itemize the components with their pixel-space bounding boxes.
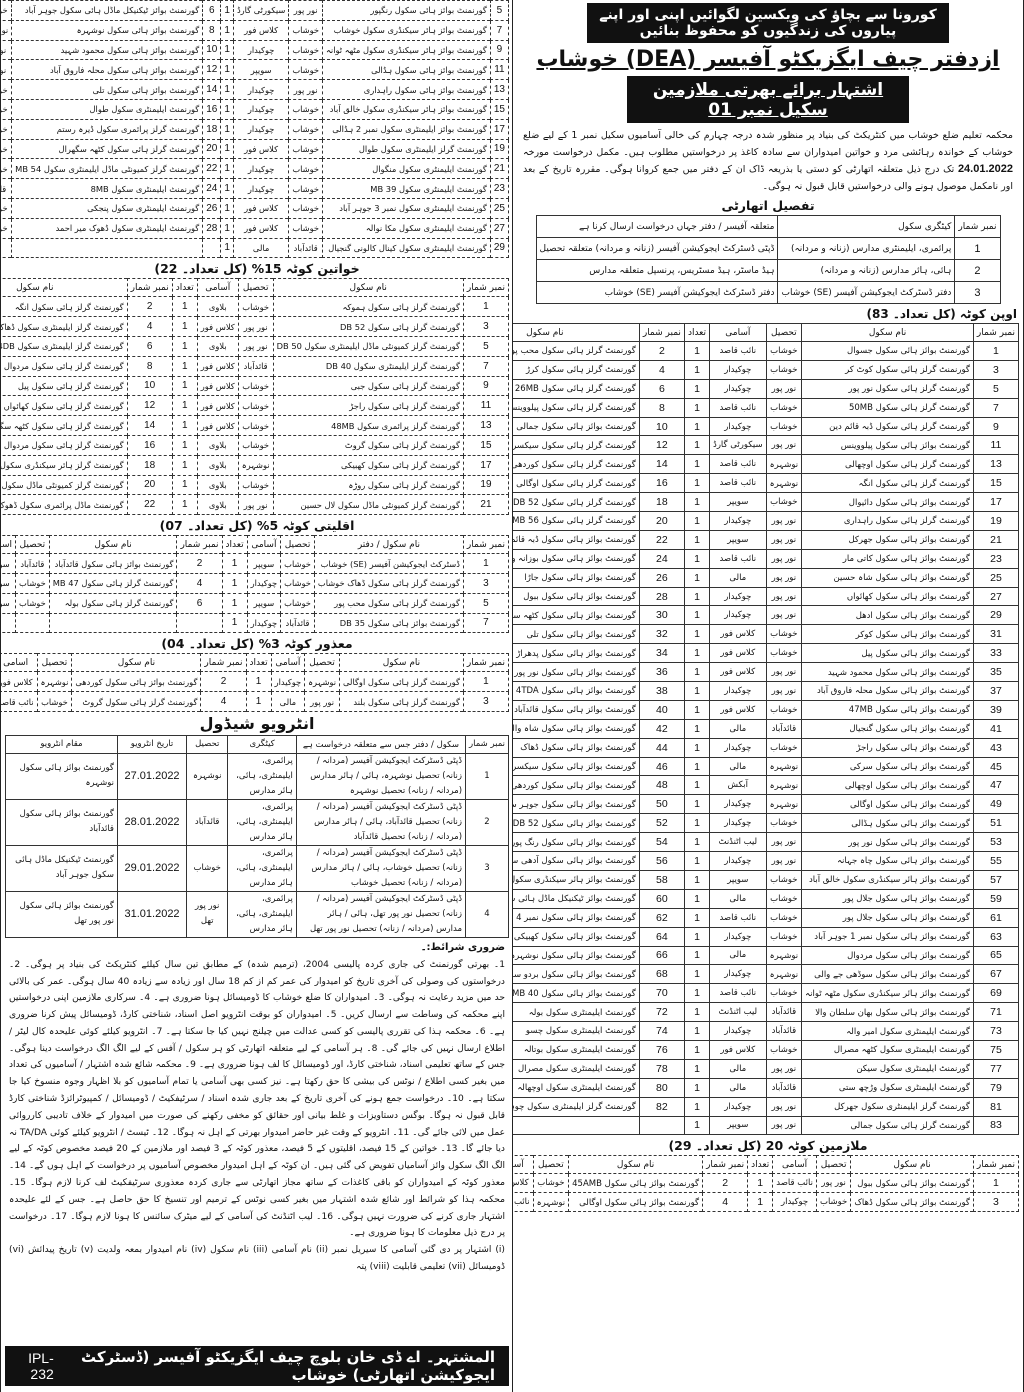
school-cell: گورنمنٹ بوائز ہائی سکول پیل bbox=[802, 644, 974, 663]
serial-cell: 17 bbox=[973, 493, 1018, 512]
tehsil-cell: خوشاب bbox=[766, 984, 802, 1003]
school-cell: گورنمنٹ بوائز ہائی سکول آدھی سرگل bbox=[512, 852, 639, 871]
tehsil-cell: خوشاب bbox=[289, 179, 323, 199]
count-cell: 1 bbox=[246, 672, 271, 692]
tehsil-cell: نوشہرہ bbox=[305, 672, 340, 692]
school-cell: گورنمنٹ بوائز ایلیمنٹری سکول نمبر 2 ہڈال… bbox=[323, 119, 491, 139]
table-row: 15گورنمنٹ گرلز ہائی سکول گروٹخوشاببلاوی1… bbox=[0, 435, 509, 455]
post-cell: کلاس فور bbox=[233, 218, 288, 238]
serial-cell: 20 bbox=[203, 139, 221, 159]
school-cell: گورنمنٹ گرلز ہائی سکول گروٹ bbox=[273, 435, 463, 455]
tehsil-cell: خوشاب bbox=[281, 573, 315, 593]
table-row: 23گورنمنٹ ایلیمنٹری سکول 39 MBخوشابچوکید… bbox=[0, 179, 509, 199]
school-cell: گورنمنٹ گرلز پرائمری سکول 48MB bbox=[273, 416, 463, 436]
serial-cell: 67 bbox=[973, 965, 1018, 984]
count-cell: 1 bbox=[684, 1116, 709, 1135]
serial-cell: 4 bbox=[201, 692, 246, 712]
school-cell: گورنمنٹ بوائز ہائی سکول ڈبہ قائم دین bbox=[512, 530, 639, 549]
table-row: 21گورنمنٹ گرلز کمیونٹی ماڈل سکول لال حسی… bbox=[0, 495, 509, 515]
serial-cell: 53 bbox=[973, 833, 1018, 852]
serial-cell: 59 bbox=[973, 889, 1018, 908]
tehsil-cell: خوشاب bbox=[766, 814, 802, 833]
count-cell: 1 bbox=[684, 1059, 709, 1078]
tehsil-cell: خوشاب bbox=[289, 20, 323, 40]
serial-cell bbox=[177, 613, 222, 633]
serial-cell: 14 bbox=[203, 80, 221, 100]
tehsil-cell: نور پور bbox=[766, 436, 802, 455]
count-cell: 1 bbox=[221, 198, 234, 218]
count-cell: 1 bbox=[221, 20, 234, 40]
school-cell: گورنمنٹ گرلز ہائی سکول اوگالی bbox=[512, 474, 639, 493]
tehsil-cell: نور پور bbox=[766, 606, 802, 625]
serial-cell: 56 bbox=[639, 852, 684, 871]
post-cell: کلاس فور bbox=[197, 416, 238, 436]
serial-cell: 27 bbox=[973, 587, 1018, 606]
school-cell: گورنمنٹ ایلیمنٹری سکول وڑچھ ستی bbox=[802, 1078, 974, 1097]
column-header: تعداد bbox=[222, 536, 247, 554]
column-header: نام سکول / دفتر bbox=[314, 536, 463, 554]
column-header: آسامی bbox=[197, 279, 238, 297]
table-row: 33گورنمنٹ بوائز ہائی سکول پیلخوشابکلاس ف… bbox=[512, 644, 1019, 663]
school-cell: گورنمنٹ گرلز ہائی سکول جبی bbox=[273, 376, 463, 396]
tehsil-cell: نوشہرہ bbox=[766, 946, 802, 965]
terms-section: ضروری شرائط:۔ 1۔ بھرتی گورنمنٹ کی جاری ک… bbox=[5, 938, 509, 1276]
table-row: 29گورنمنٹ ایلیمنٹری سکول کینال کالونی گن… bbox=[0, 238, 509, 258]
table-row: 25گورنمنٹ بوائز ہائی سکول شاہ حسیننور پو… bbox=[512, 568, 1019, 587]
table-row: 13گورنمنٹ گرلز ہائی سکول اوچھالینوشہرہنا… bbox=[512, 455, 1019, 474]
post-cell: کلاس فور bbox=[197, 376, 238, 396]
table-row: 1ڈپٹی ڈسٹرکٹ ایجوکیشن آفیسر (مردانہ / زن… bbox=[6, 753, 509, 799]
serial-cell: 20 bbox=[639, 512, 684, 531]
serial-cell: 3 bbox=[463, 573, 508, 593]
tehsil-cell: نور پور bbox=[0, 60, 12, 80]
school-cell: گورنمنٹ بوائز ہائی سکول ادھل bbox=[802, 606, 974, 625]
school-cell: گورنمنٹ بوائز ہائی سکول ہڈالی bbox=[802, 814, 974, 833]
table-row: 27گورنمنٹ بوائز ہائی سکول کھائواںنور پور… bbox=[512, 587, 1019, 606]
serial-cell: 58 bbox=[639, 870, 684, 889]
serial-cell: 21 bbox=[973, 530, 1018, 549]
post-cell bbox=[0, 613, 16, 633]
school-cell: گورنمنٹ بوائز ہائی سکول اوگالی bbox=[569, 1193, 703, 1212]
post-cell: بلاوی bbox=[197, 475, 238, 495]
school-cell: گورنمنٹ ایلیمنٹری سکول سیکن bbox=[802, 1059, 974, 1078]
school-cell: گورنمنٹ بوائز ہائی سکول رنگپور bbox=[323, 1, 491, 21]
column-header: تحصیل bbox=[305, 654, 340, 672]
school-cell: گورنمنٹ بوائز ہائی سکول نور پور bbox=[512, 663, 639, 682]
table-row: 41گورنمنٹ بوائز ہائی سکول گنجیالقائدآباد… bbox=[512, 719, 1019, 738]
school-cell: گورنمنٹ بوائز ہائی سکول جوہر سپوریل جوہر… bbox=[512, 795, 639, 814]
school-cell: گورنمنٹ ماڈل پرائمری سکول ڈھوک گنا bbox=[0, 495, 127, 515]
tehsil-cell: خوشاب bbox=[16, 593, 50, 613]
count-cell: 1 bbox=[221, 80, 234, 100]
table-row: 13گورنمنٹ گرلز پرائمری سکول 48MBخوشابکلا… bbox=[0, 416, 509, 436]
column-header: تحصیل bbox=[766, 324, 802, 342]
school-cell: گورنمنٹ گرلز ہائی سکول 50MB bbox=[802, 398, 974, 417]
serial-cell: 63 bbox=[973, 927, 1018, 946]
column-header: نام سکول bbox=[0, 279, 127, 297]
tehsil-cell: خوشاب bbox=[289, 60, 323, 80]
tehsil-cell: نور پور bbox=[766, 568, 802, 587]
school-cell: گورنمنٹ ایلیمنٹری سکول اوچھالہ bbox=[512, 1078, 639, 1097]
table-row: 11گورنمنٹ گرلز ہائی سکول راجڑخوشابکلاس ف… bbox=[0, 396, 509, 416]
authority-table: نمبر شمار کیٹگری سکول متعلقہ آفیسر / دفت… bbox=[536, 215, 1001, 304]
serial-cell: 5 bbox=[463, 336, 508, 356]
tehsil-cell: خوشاب bbox=[281, 593, 315, 613]
tehsil-cell: نور پور bbox=[766, 549, 802, 568]
serial-cell: 54 bbox=[639, 833, 684, 852]
tehsil-cell: خوشاب bbox=[0, 99, 12, 119]
table-row: 75گورنمنٹ ایلیمنٹری سکول کٹھہ مصرالخوشاب… bbox=[512, 1040, 1019, 1059]
post-cell: کلاس فور bbox=[233, 198, 288, 218]
table-row: 4ڈپٹی ڈسٹرکٹ ایجوکیشن آفیسر (مردانہ / زن… bbox=[6, 891, 509, 937]
serial-cell: 37 bbox=[973, 682, 1018, 701]
interview-date-cell: 29.01.2022 bbox=[117, 845, 186, 891]
serial-cell: 16 bbox=[639, 474, 684, 493]
post-cell: نائب قاصد bbox=[710, 455, 767, 474]
school-cell: گورنمنٹ ایلیمنٹری سکول 8MB bbox=[12, 179, 203, 199]
column-header: نام سکول bbox=[802, 324, 974, 342]
school-cell: گورنمنٹ گرلز ہائی سکول جمالی bbox=[802, 1116, 974, 1135]
post-cell: کلاس فور bbox=[197, 317, 238, 337]
serial-cell: 10 bbox=[203, 40, 221, 60]
serial-cell: 9 bbox=[490, 40, 508, 60]
serial-cell: 28 bbox=[203, 218, 221, 238]
serial-cell bbox=[203, 238, 221, 258]
tehsil-cell: نور پور bbox=[766, 663, 802, 682]
post-cell: چوکیدار bbox=[233, 80, 288, 100]
column-header: نمبر شمار bbox=[201, 654, 246, 672]
count-cell: 1 bbox=[684, 436, 709, 455]
school-cell: گورنمنٹ گرلز ہائی سکول اوگالی bbox=[340, 672, 464, 692]
post-cell: سیکورٹی گارڈ bbox=[710, 436, 767, 455]
school-cell: گورنمنٹ گرلز پرائمری سکول ڈیرہ رستم bbox=[12, 119, 203, 139]
post-cell: سویپر bbox=[710, 870, 767, 889]
column-header: نام سکول bbox=[851, 1156, 974, 1174]
interview-date-cell: 27.01.2022 bbox=[117, 753, 186, 799]
advertiser-name: المشتہر۔ اے ڈی خان بلوچ چیف ایگزیکٹو آفی… bbox=[54, 1348, 495, 1384]
table-row: 27گورنمنٹ ایلیمنٹری سکول مکا نوالہخوشابک… bbox=[0, 218, 509, 238]
school-cell: گورنمنٹ گرلز ہائی سکول کرڑ bbox=[512, 360, 639, 379]
tehsil-cell: خوشاب bbox=[766, 889, 802, 908]
serial-cell: 36 bbox=[639, 663, 684, 682]
post-cell: مالی bbox=[271, 692, 305, 712]
interview-body: 1ڈپٹی ڈسٹرکٹ ایجوکیشن آفیسر (مردانہ / زن… bbox=[6, 753, 509, 937]
table-row: 51گورنمنٹ بوائز ہائی سکول ہڈالیخوشابچوکی… bbox=[512, 814, 1019, 833]
count-cell: 1 bbox=[172, 495, 197, 515]
count-cell: 1 bbox=[221, 159, 234, 179]
table-row: 9گورنمنٹ بوائز ہائر سیکنڈری سکول مٹھہ ٹو… bbox=[0, 40, 509, 60]
serial-cell: 14 bbox=[639, 455, 684, 474]
interview-n-cell: 4 bbox=[466, 891, 509, 937]
open-quota-body: 1گورنمنٹ بوائز ہائی سکول جسوالخوشابنائب … bbox=[512, 342, 1019, 1135]
serial-cell: 42 bbox=[639, 719, 684, 738]
tehsil-cell: خوشاب bbox=[238, 396, 273, 416]
tehsil-cell: نوشہرہ bbox=[238, 455, 273, 475]
serial-cell: 13 bbox=[973, 455, 1018, 474]
tehsil-cell: خوشاب bbox=[766, 1040, 802, 1059]
employees-quota-heading: ملازمین کوٹہ 20 (کل تعداد۔ 29) bbox=[517, 1135, 1019, 1155]
interview-tehsil-cell: نور پور تھل bbox=[187, 891, 228, 937]
school-cell: گورنمنٹ گرلز ہائی سکول محب پور bbox=[512, 342, 639, 361]
tehsil-cell: نوشہرہ bbox=[766, 757, 802, 776]
post-cell: نائب قاصد bbox=[512, 1193, 533, 1212]
serial-cell: 20 bbox=[127, 475, 172, 495]
open-quota-header: نمبر شمارنام سکولتحصیلآسامیتعدادنمبر شما… bbox=[512, 324, 1019, 342]
tehsil-cell: قائدآباد bbox=[289, 238, 323, 258]
school-cell: گورنمنٹ گرلز ایلیمنٹری سکول 34DB bbox=[0, 336, 127, 356]
open-quota-table: نمبر شمارنام سکولتحصیلآسامیتعدادنمبر شما… bbox=[512, 323, 1019, 1135]
school-cell: گورنمنٹ گرلز ہائی سکول 52 DB bbox=[512, 493, 639, 512]
school-cell: گورنمنٹ بوائز ہائی سکول راجڑ bbox=[802, 738, 974, 757]
table-row: 49گورنمنٹ بوائز ہائی سکول اوگالینوشہرہچو… bbox=[512, 795, 1019, 814]
school-cell: گورنمنٹ بوائز ہائی سکول کوکر bbox=[802, 625, 974, 644]
column-header: تعداد bbox=[684, 324, 709, 342]
post-cell: چوکیدار bbox=[247, 613, 281, 633]
school-cell: گورنمنٹ بوائز ہائی سکول محلہ فاروق آباد bbox=[802, 682, 974, 701]
tehsil-cell: نوشہرہ bbox=[766, 455, 802, 474]
table-row: 7گورنمنٹ گرلز ایلیمنٹری سکول 40 DBقائدآب… bbox=[0, 356, 509, 376]
interview-tehsil-cell: نوشہرہ bbox=[187, 753, 228, 799]
table-row: 2 ہائی، ہائر مدارس (زنانہ و مردانہ) ہیڈ … bbox=[536, 260, 1000, 282]
post-cell: مالی bbox=[710, 1078, 767, 1097]
serial-cell: 3 bbox=[973, 360, 1018, 379]
count-cell: 1 bbox=[684, 833, 709, 852]
school-cell: گورنمنٹ گرلز ہائی سکول ڈبہ قائم دین bbox=[802, 417, 974, 436]
table-row: 1گورنمنٹ گرلز ہائی سکول اوگالینوشہرہچوکی… bbox=[0, 672, 509, 692]
serial-cell bbox=[639, 1116, 684, 1135]
serial-cell: 9 bbox=[463, 376, 508, 396]
column-header: نمبر شمار bbox=[639, 324, 684, 342]
post-cell: مالی bbox=[710, 1059, 767, 1078]
serial-cell: 75 bbox=[973, 1040, 1018, 1059]
school-cell: گورنمنٹ ایلیمنٹری سکول بولہ bbox=[512, 1003, 639, 1022]
tehsil-cell: خوشاب bbox=[238, 416, 273, 436]
tehsil-cell: خوشاب bbox=[766, 360, 802, 379]
serial-cell: 45 bbox=[973, 757, 1018, 776]
table-row: 15گورنمنٹ گرلز ہائی سکول انگہنوشہرہنائب … bbox=[512, 474, 1019, 493]
count-cell: 1 bbox=[172, 455, 197, 475]
school-cell: گورنمنٹ بوائز ہائی سکول کوردھی bbox=[72, 672, 201, 692]
count-cell: 1 bbox=[221, 139, 234, 159]
count-cell: 1 bbox=[748, 1193, 773, 1212]
post-cell: چوکیدار bbox=[710, 1097, 767, 1116]
table-row: 23گورنمنٹ بوائز ہائی سکول کاتی مارنور پو… bbox=[512, 549, 1019, 568]
serial-cell: 57 bbox=[973, 870, 1018, 889]
interview-venue-cell: گورنمنٹ ٹیکنیکل ماڈل ہائی سکول جوہر آباد bbox=[6, 845, 118, 891]
post-cell: مالی bbox=[710, 889, 767, 908]
serial-cell: 2 bbox=[177, 554, 222, 574]
serial-cell: 28 bbox=[639, 587, 684, 606]
column-header: نام سکول bbox=[49, 536, 177, 554]
count-cell: 1 bbox=[221, 119, 234, 139]
count-cell: 1 bbox=[684, 682, 709, 701]
post-cell: کلاس فور bbox=[512, 1174, 533, 1193]
school-cell: گورنمنٹ گرلز ہائی سکول 26MB bbox=[512, 379, 639, 398]
tehsil-cell: خوشاب bbox=[289, 159, 323, 179]
school-cell: گورنمنٹ بوائز ہائی سکول راہداری bbox=[323, 80, 491, 100]
table-row: 5گورنمنٹ بوائز ہائی سکول رنگپورنور پورسی… bbox=[0, 1, 509, 21]
table-row: 7گورنمنٹ بوائز ہائر سیکنڈری سکول خوشابخو… bbox=[0, 20, 509, 40]
serial-cell: 27 bbox=[490, 218, 508, 238]
tehsil-cell: خوشاب bbox=[289, 119, 323, 139]
column-header: نمبر شمار bbox=[466, 735, 509, 753]
deadline-date: 24.01.2022 bbox=[958, 163, 1013, 175]
post-cell: نائب قاصد bbox=[710, 474, 767, 493]
school-cell: گورنمنٹ ایلیمنٹری سکول طوال bbox=[12, 99, 203, 119]
table-row: 9گورنمنٹ گرلز ہائی سکول جبیخوشابکلاس فور… bbox=[0, 376, 509, 396]
tehsil-cell: نوشہرہ bbox=[766, 776, 802, 795]
serial-cell: 30 bbox=[639, 606, 684, 625]
serial-cell: 12 bbox=[127, 396, 172, 416]
column-header: تحصیل bbox=[238, 279, 273, 297]
school-cell: گورنمنٹ ایلیمنٹری سکول مصرال bbox=[512, 1059, 639, 1078]
tehsil-cell: قائدآباد bbox=[766, 1022, 802, 1041]
serial-cell: 68 bbox=[639, 965, 684, 984]
serial-cell: 22 bbox=[639, 530, 684, 549]
table-row: 19گورنمنٹ گرلز ہائی سکول راہدارینور پورچ… bbox=[512, 512, 1019, 531]
serial-cell: 55 bbox=[973, 852, 1018, 871]
serial-cell: 15 bbox=[973, 474, 1018, 493]
school-cell: گورنمنٹ گرلز ہائی سکول مردوال bbox=[0, 435, 127, 455]
post-cell: چوکیدار bbox=[710, 379, 767, 398]
tehsil-cell bbox=[0, 238, 12, 258]
table-row: 5گورنمنٹ گرلز ہائی سکول محب پورخوشابسویپ… bbox=[0, 593, 509, 613]
serial-cell: 40 bbox=[639, 700, 684, 719]
tehsil-cell bbox=[16, 613, 50, 633]
terms-title: ضروری شرائط:۔ bbox=[9, 940, 505, 957]
school-cell: گورنمنٹ ایلیمنٹری سکول بوتالہ bbox=[512, 1040, 639, 1059]
serial-cell: 17 bbox=[463, 455, 508, 475]
serial-cell: 16 bbox=[127, 435, 172, 455]
post-cell: سویپر bbox=[233, 60, 288, 80]
interview-date-cell: 28.01.2022 bbox=[117, 799, 186, 845]
serial-cell: 1 bbox=[463, 554, 508, 574]
tehsil-cell: خوشاب bbox=[37, 692, 72, 712]
tehsil-cell: نور پور bbox=[766, 1059, 802, 1078]
school-cell: گورنمنٹ ایلیمنٹری سکول ڈھوک میر احمد bbox=[12, 218, 203, 238]
tehsil-cell: خوشاب bbox=[238, 435, 273, 455]
serial-cell: 6 bbox=[203, 1, 221, 21]
post-cell: چوکیدار bbox=[710, 852, 767, 871]
school-cell: گورنمنٹ گرلز ہائی سکول پیلووینس bbox=[512, 398, 639, 417]
serial-cell: 51 bbox=[973, 814, 1018, 833]
interview-n-cell: 1 bbox=[466, 753, 509, 799]
count-cell: 1 bbox=[684, 965, 709, 984]
school-cell: گورنمنٹ بوائز ہائی سکول پیلووینس bbox=[802, 436, 974, 455]
serial-cell: 74 bbox=[639, 1022, 684, 1041]
column-header: تحصیل bbox=[281, 536, 315, 554]
post-cell: بلاوی bbox=[197, 297, 238, 317]
school-cell: گورنمنٹ گرلز ہائی سکول راجڑ bbox=[273, 396, 463, 416]
column-header: نمبر شمار bbox=[703, 1156, 748, 1174]
count-cell: 1 bbox=[684, 1078, 709, 1097]
disabled-quota-heading: معذور کوٹہ 3% (کل تعداد۔ 04) bbox=[5, 633, 509, 653]
serial-cell: 78 bbox=[639, 1059, 684, 1078]
serial-cell: 25 bbox=[490, 198, 508, 218]
column-header: نام سکول bbox=[273, 279, 463, 297]
post-cell: سویپر bbox=[247, 554, 281, 574]
tehsil-cell: خوشاب bbox=[281, 554, 315, 574]
tehsil-cell: قائدآباد bbox=[16, 554, 50, 574]
employees-quota-table-part2: 5گورنمنٹ بوائز ہائی سکول رنگپورنور پورسی… bbox=[0, 0, 509, 258]
table-row: 81گورنمنٹ گرلز ایلیمنٹری سکول جھرکلنور پ… bbox=[512, 1097, 1019, 1116]
table-row: 83گورنمنٹ گرلز ہائی سکول جمالینور پورسوی… bbox=[512, 1116, 1019, 1135]
post-cell: نائب قاصد bbox=[710, 342, 767, 361]
school-cell: گورنمنٹ بوائز ہائر سیکنڈری سکول خالق آبا… bbox=[323, 99, 491, 119]
serial-cell: 5 bbox=[973, 379, 1018, 398]
tehsil-cell: خوشاب bbox=[766, 700, 802, 719]
tehsil-cell: خوشاب bbox=[766, 625, 802, 644]
column-header: تحصیل bbox=[533, 1156, 569, 1174]
table-row: 47گورنمنٹ بوائز ہائی سکول اوچھالینوشہرہآ… bbox=[512, 776, 1019, 795]
school-cell: گورنمنٹ ایلیمنٹری سکول 39 MB bbox=[323, 179, 491, 199]
school-cell: گورنمنٹ ایلیمنٹری سکول چسو bbox=[512, 1022, 639, 1041]
tehsil-cell: نور پور bbox=[816, 1174, 850, 1193]
count-cell: 1 bbox=[246, 692, 271, 712]
table-row: 2ڈپٹی ڈسٹرکٹ ایجوکیشن آفیسر (مردانہ / زن… bbox=[6, 799, 509, 845]
tehsil-cell: خوشاب bbox=[766, 417, 802, 436]
count-cell: 1 bbox=[684, 795, 709, 814]
serial-cell: 61 bbox=[973, 908, 1018, 927]
school-cell: گورنمنٹ ایلیمنٹری سکول منگوال bbox=[323, 159, 491, 179]
school-cell: گورنمنٹ بوائز ہائی سکول گنجیال bbox=[802, 719, 974, 738]
column-header: مقام انٹرویو bbox=[6, 735, 118, 753]
count-cell: 1 bbox=[684, 663, 709, 682]
interview-tehsil-cell: خوشاب bbox=[187, 845, 228, 891]
count-cell: 1 bbox=[684, 700, 709, 719]
serial-cell: 5 bbox=[490, 1, 508, 21]
school-cell: گورنمنٹ بوائز ہائی سکول سرکی bbox=[802, 757, 974, 776]
school-cell: گورنمنٹ بوائز ہائی سکول بردو سوڈھی bbox=[512, 965, 639, 984]
school-cell: گورنمنٹ بوائز ہائی سکول 45AMB bbox=[569, 1174, 703, 1193]
school-cell: گورنمنٹ بوائز ہائی سکول نور پور bbox=[802, 833, 974, 852]
post-cell: بلاوی bbox=[197, 455, 238, 475]
school-cell: گورنمنٹ بوائز ہائی سکول ببول bbox=[851, 1174, 974, 1193]
column-header: تحصیل bbox=[37, 654, 72, 672]
count-cell: 1 bbox=[684, 757, 709, 776]
count-cell: 1 bbox=[684, 889, 709, 908]
school-cell: گورنمنٹ بوائز ہائی سکول شاہ حسین bbox=[802, 568, 974, 587]
interview-n-cell: 2 bbox=[466, 799, 509, 845]
post-cell: سویپر bbox=[0, 554, 16, 574]
ad-code: IPL-232 bbox=[19, 1350, 54, 1382]
serial-cell: 6 bbox=[177, 593, 222, 613]
serial-cell: 3 bbox=[463, 317, 508, 337]
table-row: 3گورنمنٹ گرلز ہائی سکول کوٹ کرخوشابچوکید… bbox=[512, 360, 1019, 379]
advertiser-footer: المشتہر۔ اے ڈی خان بلوچ چیف ایگزیکٹو آفی… bbox=[5, 1346, 509, 1386]
serial-cell: 24 bbox=[639, 549, 684, 568]
school-cell: گورنمنٹ گرلز ہائی سکول کٹھہ سگھرال bbox=[0, 416, 127, 436]
interview-venue-cell: گورنمنٹ بوائز ہائی سکول نور پور تھل bbox=[6, 891, 118, 937]
column-header: اسامی bbox=[0, 654, 37, 672]
tehsil-cell: نور پور bbox=[766, 587, 802, 606]
table-row: 31گورنمنٹ بوائز ہائی سکول کوکرخوشابکلاس … bbox=[512, 625, 1019, 644]
post-cell: سویپر bbox=[710, 530, 767, 549]
school-cell: گورنمنٹ گرلز ہائر سیکنڈری سکول نوشہرہ bbox=[0, 455, 127, 475]
table-row: 73گورنمنٹ ایلیمنٹری سکول امیر والہقائدآب… bbox=[512, 1022, 1019, 1041]
vaccine-banner: کورونا سے بچاؤ کی ویکسین لگوائیں اپنی او… bbox=[587, 3, 949, 43]
serial-cell: 11 bbox=[973, 436, 1018, 455]
serial-cell: 38 bbox=[639, 682, 684, 701]
interview-tehsil-cell: قائدآباد bbox=[187, 799, 228, 845]
table-row: 11گورنمنٹ بوائز ہائی سکول پیلووینسنور پو… bbox=[512, 436, 1019, 455]
table-row: 3گورنمنٹ گرلز ہائی سکول 52 DBنور پورکلاس… bbox=[0, 317, 509, 337]
count-cell: 1 bbox=[684, 455, 709, 474]
column-header: نام سکول bbox=[340, 654, 464, 672]
table-row: 5گورنمنٹ گرلز ہائی سکول نور پورنور پورچو… bbox=[512, 379, 1019, 398]
serial-cell: 11 bbox=[490, 60, 508, 80]
tehsil-cell: قائدآباد bbox=[238, 356, 273, 376]
